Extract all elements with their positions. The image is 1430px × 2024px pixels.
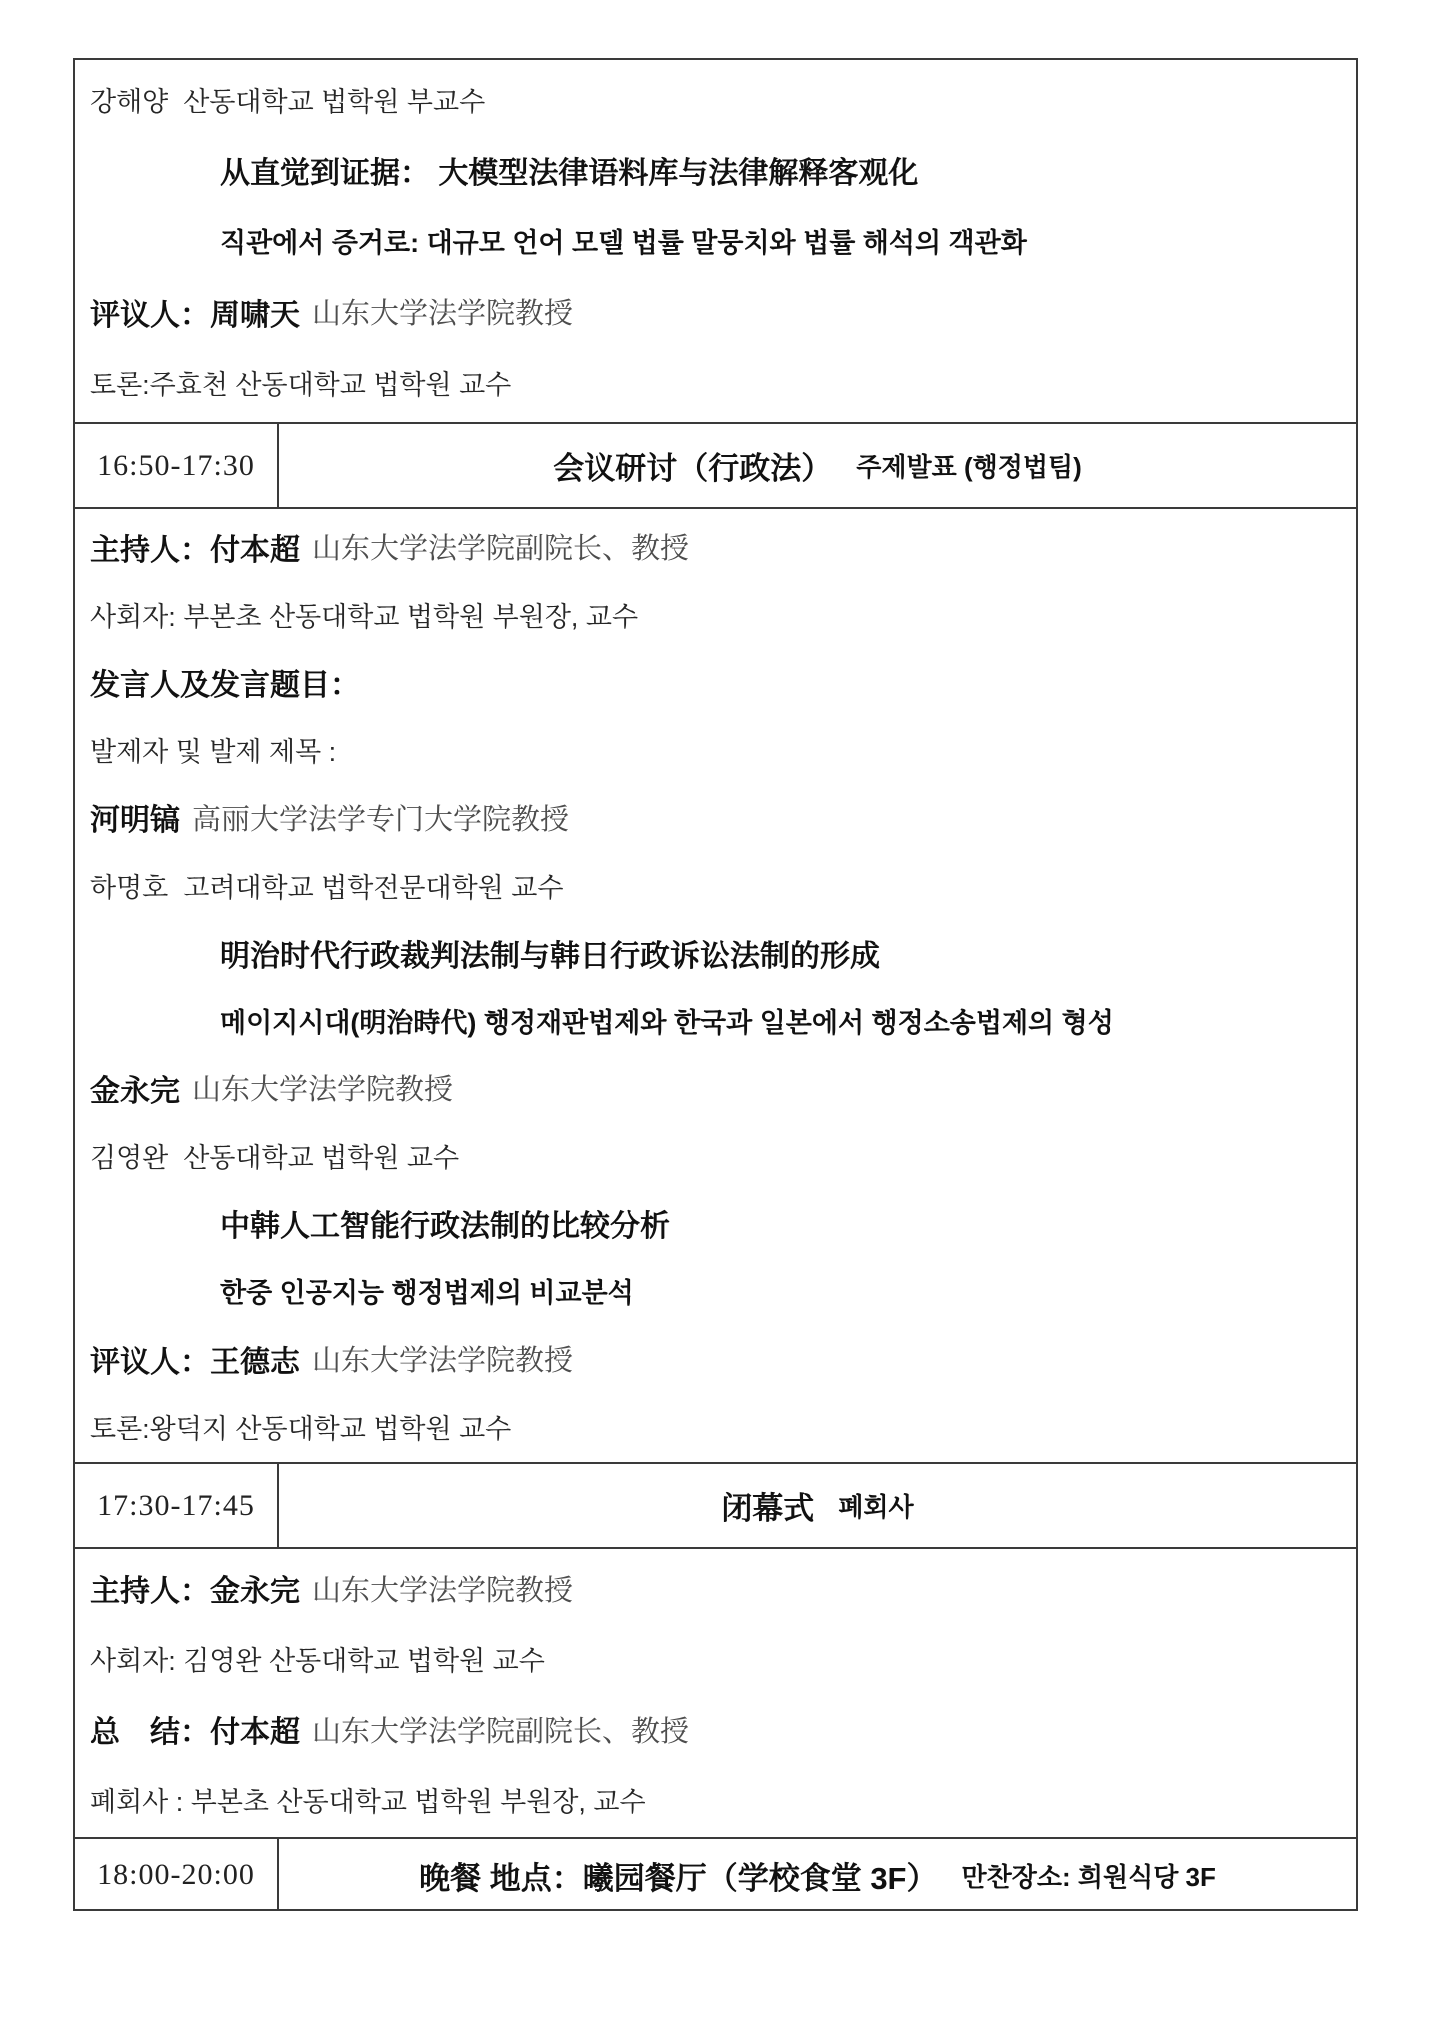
session-title-ko: 폐회사 [838,1487,913,1524]
text-segment-ko: 폐회사 : 부본초 산동대학교 법학원 부원장, 교수 [90,1780,646,1819]
text-line: 발제자 및 발제 제목 : [75,716,1356,784]
text-line: 직관에서 증거로: 대규모 언어 모델 법률 말뭉치와 법률 해석의 객관화 [75,206,1356,277]
text-segment-ko-title: 한중 인공지능 행정법제의 비교분석 [220,1271,634,1310]
text-segment-ko: 하명호 고려대학교 법학전문대학원 교수 [90,866,563,905]
text-segment-ko: 발제자 및 발제 제목 : [90,730,336,769]
document-page: 강해양 산동대학교 법학원 부교수从直觉到证据： 大模型法律语料库与法律解释客观… [0,0,1430,2024]
text-segment-zh-bold: 总 结：付本超 [90,1707,300,1751]
session-title-zh: 晚餐 地点：曦园餐厅（学校食堂 3F） [419,1853,937,1898]
text-segment-zh-bold: 评议人：周啸天 [90,290,300,334]
text-line: 主持人：付本超山东大学法学院副院长、教授 [75,513,1356,581]
detail-row: 主持人：金永完山东大学法学院教授사회자: 김영완 산동대학교 법학원 교수总 结… [75,1547,1356,1837]
session-title: 会议研讨（行政法）주제발표 (행정법팀) [279,424,1356,507]
text-line: 토론:주효천 산동대학교 법학원 교수 [75,347,1356,418]
text-line: 사회자: 부본초 산동대학교 법학원 부원장, 교수 [75,581,1356,649]
text-line: 评议人：周啸天山东大学法学院教授 [75,276,1356,347]
text-line: 明治时代行政裁判法制与韩日行政诉讼法制的形成 [75,919,1356,987]
text-segment-zh-title: 中韩人工智能行政法制的比较分析 [220,1201,670,1245]
text-line: 강해양 산동대학교 법학원 부교수 [75,64,1356,135]
session-title-zh: 闭幕式 [721,1483,814,1528]
detail-row: 主持人：付本超山东大学法学院副院长、教授사회자: 부본초 산동대학교 법학원 부… [75,507,1356,1462]
session-title: 晚餐 地点：曦园餐厅（学校食堂 3F）만찬장소: 희원식당 3F [279,1839,1356,1911]
text-line: 사회자: 김영완 산동대학교 법학원 교수 [75,1624,1356,1695]
text-segment-zh-bold: 发言人及发言题目： [90,660,360,704]
text-segment-zh-bold: 主持人：付本超 [90,525,300,569]
session-title-zh: 会议研讨（行政法） [553,443,832,488]
text-segment-affil: 山东大学法学院教授 [312,1338,573,1379]
text-segment-ko: 강해양 산동대학교 법학원 부교수 [90,80,485,119]
text-line: 토론:왕덕지 산동대학교 법학원 교수 [75,1392,1356,1460]
text-line: 하명호 고려대학교 법학전문대학원 교수 [75,851,1356,919]
session-title-ko: 주제발표 (행정법팀) [856,447,1081,484]
text-line: 中韩人工智能行政法制的比较分析 [75,1189,1356,1257]
session-row: 17:30-17:45闭幕式폐회사 [75,1462,1356,1547]
text-segment-zh-title: 明治时代行政裁判法制与韩日行政诉讼法制的形成 [220,931,880,975]
text-line: 总 结：付本超山东大学法学院副院长、教授 [75,1694,1356,1765]
session-title-ko: 만찬장소: 희원식당 3F [962,1857,1216,1894]
text-line: 한중 인공지능 행정법제의 비교분석 [75,1257,1356,1325]
text-segment-ko-title: 직관에서 증거로: 대규모 언어 모델 법률 말뭉치와 법률 해석의 객관화 [220,221,1027,260]
text-segment-affil: 山东大学法学院副院长、教授 [312,1709,689,1750]
text-line: 폐회사 : 부본초 산동대학교 법학원 부원장, 교수 [75,1765,1356,1836]
text-segment-affil: 山东大学法学院教授 [192,1067,453,1108]
text-line: 从直觉到证据： 大模型法律语料库与法律解释客观化 [75,135,1356,206]
text-line: 发言人及发言题目： [75,648,1356,716]
text-segment-ko: 토론:주효천 산동대학교 법학원 교수 [90,363,511,402]
text-segment-zh-bold: 金永完 [90,1066,180,1110]
text-line: 河明镐高丽大学法学专门大学院教授 [75,784,1356,852]
text-line: 김영완 산동대학교 법학원 교수 [75,1122,1356,1190]
session-title: 闭幕式폐회사 [279,1464,1356,1547]
text-segment-zh-bold: 评议人：王德志 [90,1337,300,1381]
text-line: 金永完山东大学法学院教授 [75,1054,1356,1122]
text-segment-affil: 山东大学法学院教授 [312,1568,573,1609]
text-segment-ko: 김영완 산동대학교 법학원 교수 [90,1136,459,1175]
text-segment-ko: 토론:왕덕지 산동대학교 법학원 교수 [90,1407,511,1446]
session-time: 17:30-17:45 [75,1464,279,1547]
text-segment-affil: 高丽大学法学专门大学院教授 [192,797,569,838]
text-segment-affil: 山东大学法学院教授 [312,291,573,332]
text-segment-zh-bold: 主持人：金永完 [90,1566,300,1610]
session-time: 18:00-20:00 [75,1839,279,1911]
session-row: 16:50-17:30会议研讨（行政法）주제발표 (행정법팀) [75,422,1356,507]
detail-row: 강해양 산동대학교 법학원 부교수从直觉到证据： 大模型法律语料库与法律解释客观… [75,60,1356,422]
text-segment-zh-title: 从直觉到证据： 大模型法律语料库与法律解释客观化 [220,148,918,192]
text-line: 메이지시대(明治時代) 행정재판법제와 한국과 일본에서 행정소송법제의 형성 [75,986,1356,1054]
text-segment-ko-title: 메이지시대(明治時代) 행정재판법제와 한국과 일본에서 행정소송법제의 형성 [220,1001,1114,1040]
schedule-table: 강해양 산동대학교 법학원 부교수从直觉到证据： 大模型法律语料库与法律解释客观… [73,58,1358,1911]
text-segment-zh-bold: 河明镐 [90,795,180,839]
text-segment-affil: 山东大学法学院副院长、教授 [312,526,689,567]
text-segment-ko: 사회자: 부본초 산동대학교 법학원 부원장, 교수 [90,595,638,634]
session-time: 16:50-17:30 [75,424,279,507]
text-segment-ko: 사회자: 김영완 산동대학교 법학원 교수 [90,1639,545,1678]
text-line: 主持人：金永完山东大学法学院教授 [75,1553,1356,1624]
session-row: 18:00-20:00晚餐 地点：曦园餐厅（学校食堂 3F）만찬장소: 희원식당… [75,1837,1356,1911]
text-line: 评议人：王德志山东大学法学院教授 [75,1325,1356,1393]
